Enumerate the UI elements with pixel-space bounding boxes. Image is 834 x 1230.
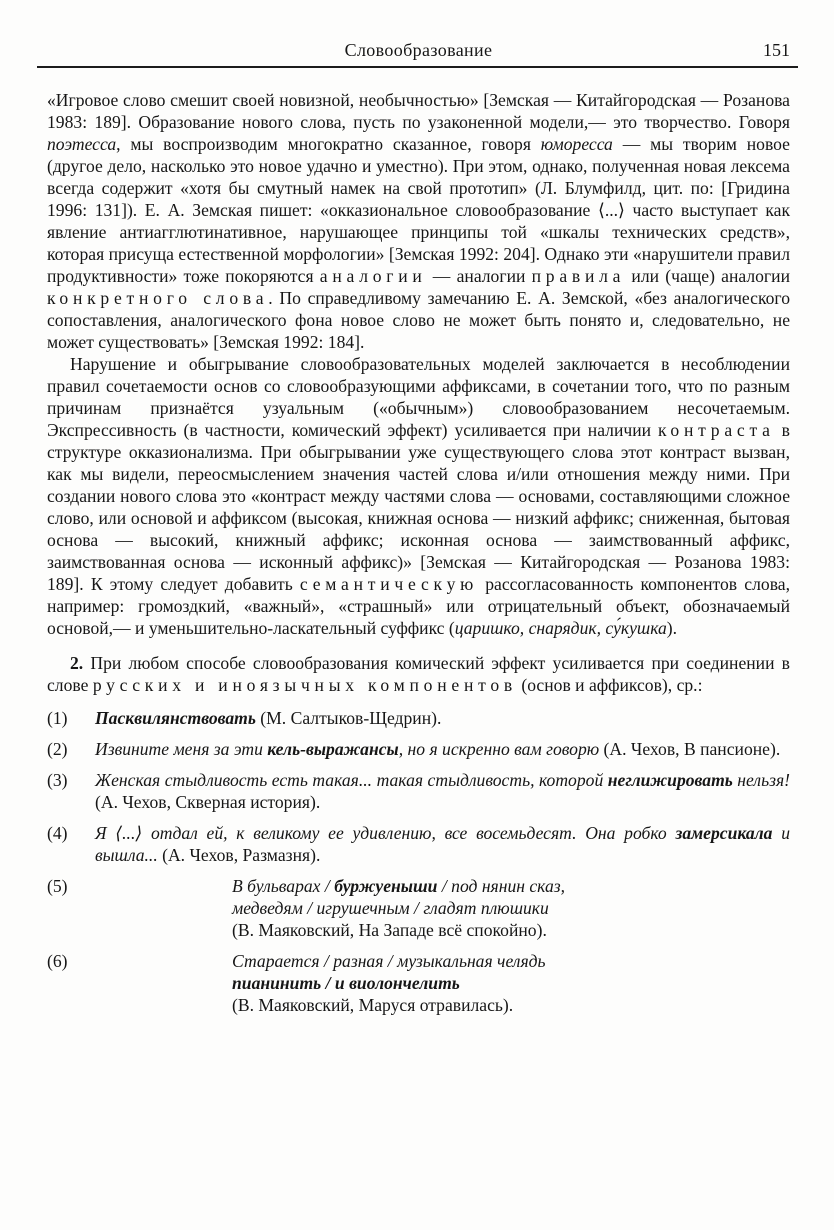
example-number: (3) xyxy=(47,769,95,813)
example-content: В бульварах / буржуеныши / под нянин ска… xyxy=(232,875,790,941)
text-run: правила xyxy=(532,266,626,286)
text-run: ). xyxy=(667,618,677,638)
text-run: семантическую xyxy=(300,574,478,594)
paragraph: «Игровое слово смешит своей новизной, не… xyxy=(47,89,790,353)
text-run: в структуре окказионализма. При обыгрыва… xyxy=(47,420,790,594)
page-number: 151 xyxy=(763,40,790,60)
verse-line: пианинить / и виолончелить xyxy=(232,972,790,994)
example-content: Женская стыдливость есть такая... такая … xyxy=(95,769,790,813)
text-run: юморесса xyxy=(541,134,613,154)
text-run: царишко, снарядик, су́кушка xyxy=(455,618,667,638)
text-run: — аналогии xyxy=(427,266,532,286)
example-content: Старается / разная / музыкальная челядьп… xyxy=(232,950,790,1016)
text-run: медведям / игрушечным / гладят плюшики xyxy=(232,898,549,918)
example-number: (5) xyxy=(47,875,95,941)
verse-line: (В. Маяковский, Маруся отравилась). xyxy=(232,994,790,1016)
text-run: (В. Маяковский, Маруся отравилась). xyxy=(232,995,513,1015)
example-content: Я ⟨...⟩ отдал ей, к великому ее удивлени… xyxy=(95,822,790,866)
text-run: замерсикала xyxy=(675,823,772,843)
text-run: буржуеныши xyxy=(334,876,437,896)
text-run: , но я искренно вам говорю xyxy=(399,739,599,759)
text-run: / под нянин сказ, xyxy=(437,876,565,896)
example-number: (6) xyxy=(47,950,95,1016)
text-run: «Игровое слово смешит своей новизной, не… xyxy=(47,90,790,132)
text-run: Я ⟨...⟩ отдал ей, к великому ее удивлени… xyxy=(95,823,675,843)
text-run: Пасквилянствовать xyxy=(95,708,256,728)
text-run: или (чаще) аналогии xyxy=(625,266,790,286)
verse-line: Старается / разная / музыкальная челядь xyxy=(232,950,790,972)
example-item: (1)Пасквилянствовать (М. Салтыков-Щедрин… xyxy=(47,707,790,729)
example-number: (4) xyxy=(47,822,95,866)
example-content: Пасквилянствовать (М. Салтыков-Щедрин). xyxy=(95,707,790,729)
book-page: Словообразование 151 «Игровое слово смеш… xyxy=(0,0,834,1230)
paragraph: 2. При любом способе словообразования ко… xyxy=(47,652,790,696)
text-run: Старается / разная / музыкальная челядь xyxy=(232,951,546,971)
text-run: нельзя! xyxy=(733,770,790,790)
text-run: неглижировать xyxy=(608,770,733,790)
text-run: кель-выражансы xyxy=(267,739,398,759)
example-number: (2) xyxy=(47,738,95,760)
text-run: (М. Салтыков-Щедрин). xyxy=(256,708,441,728)
verse-line: В бульварах / буржуеныши / под нянин ска… xyxy=(232,875,790,897)
text-run: Извините меня за эти xyxy=(95,739,267,759)
verse-example: (6)Старается / разная / музыкальная челя… xyxy=(47,950,790,1016)
text-run: пианинить / и виолончелить xyxy=(232,973,460,993)
paragraph: Нарушение и обыгрывание словообразовател… xyxy=(47,353,790,639)
verse-example: (5)В бульварах / буржуеныши / под нянин … xyxy=(47,875,790,941)
running-head: Словообразование 151 xyxy=(47,40,790,60)
text-run: — мы творим новое (другое дело, наскольк… xyxy=(47,134,790,286)
text-run: Женская стыдливость есть такая... такая … xyxy=(95,770,608,790)
page-body: «Игровое слово смешит своей новизной, не… xyxy=(47,89,790,1016)
verse-line: (В. Маяковский, На Западе всё спокойно). xyxy=(232,919,790,941)
text-run: поэтесса xyxy=(47,134,116,154)
example-item: (3)Женская стыдливость есть такая... так… xyxy=(47,769,790,813)
example-item: (2)Извините меня за эти кель-выражансы, … xyxy=(47,738,790,760)
text-run: 2. xyxy=(70,653,83,673)
example-item: (4)Я ⟨...⟩ отдал ей, к великому ее удивл… xyxy=(47,822,790,866)
text-run: конкретного слова xyxy=(47,288,268,308)
text-run: (А. Чехов, В пансионе). xyxy=(599,739,780,759)
text-run: (А. Чехов, Размазня). xyxy=(158,845,321,865)
text-run: В бульварах / xyxy=(232,876,334,896)
text-run: контраста xyxy=(658,420,775,440)
text-run: , мы воспроизводим многократно сказанное… xyxy=(116,134,541,154)
example-content: Извините меня за эти кель-выражансы, но … xyxy=(95,738,790,760)
example-number: (1) xyxy=(47,707,95,729)
text-run: русских и иноязычных компонентов xyxy=(93,675,517,695)
header-rule xyxy=(37,66,798,68)
verse-line: медведям / игрушечным / гладят плюшики xyxy=(232,897,790,919)
text-run: (А. Чехов, Скверная история). xyxy=(95,792,320,812)
running-title: Словообразование xyxy=(47,40,790,60)
text-run: (основ и аффиксов), ср.: xyxy=(517,675,703,695)
text-run: (В. Маяковский, На Западе всё спокойно). xyxy=(232,920,547,940)
text-run: аналогии xyxy=(320,266,427,286)
